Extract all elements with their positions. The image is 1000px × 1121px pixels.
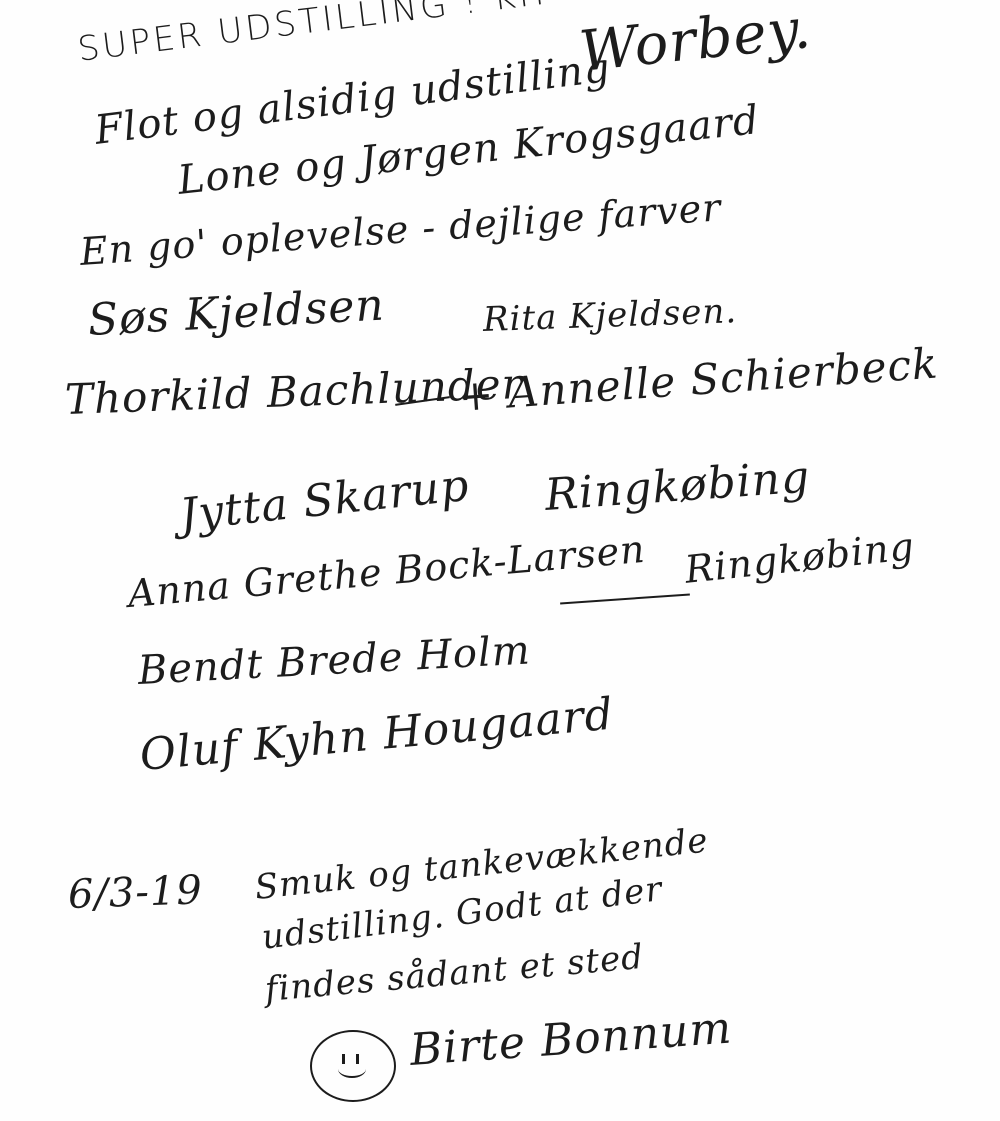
entry-signature: Thorkild Bachlunder	[64, 359, 523, 424]
entry-signature: Birte Bonnum	[408, 1003, 733, 1076]
entry-signature: Oluf Kyhn Hougaard	[138, 689, 616, 781]
entry-signature: + Annelle Schierbeck	[456, 338, 940, 420]
entry-place: Ringkøbing	[543, 452, 812, 521]
entry-comment: En go' oplevelse - dejlige farver	[78, 185, 722, 274]
entry-signature: Rita Kjeldsen.	[482, 291, 737, 340]
entry-place: Ringkøbing	[683, 524, 917, 592]
flourish-line	[560, 593, 690, 604]
guestbook-page: SUPER UDSTILLING ! KH Worbey. Flot og al…	[0, 0, 1000, 1121]
smiley-face-icon	[310, 1030, 396, 1102]
entry-comment: SUPER UDSTILLING ! KH	[76, 0, 549, 70]
entry-date: 6/3-19	[67, 867, 203, 918]
entry-signature: Bendt Brede Holm	[137, 627, 532, 694]
entry-signature: Jytta Skarup	[177, 460, 471, 541]
entry-signature: Søs Kjeldsen	[87, 279, 386, 345]
smiley-mouth	[338, 1060, 366, 1078]
entry-signature: Worbey.	[577, 0, 815, 85]
